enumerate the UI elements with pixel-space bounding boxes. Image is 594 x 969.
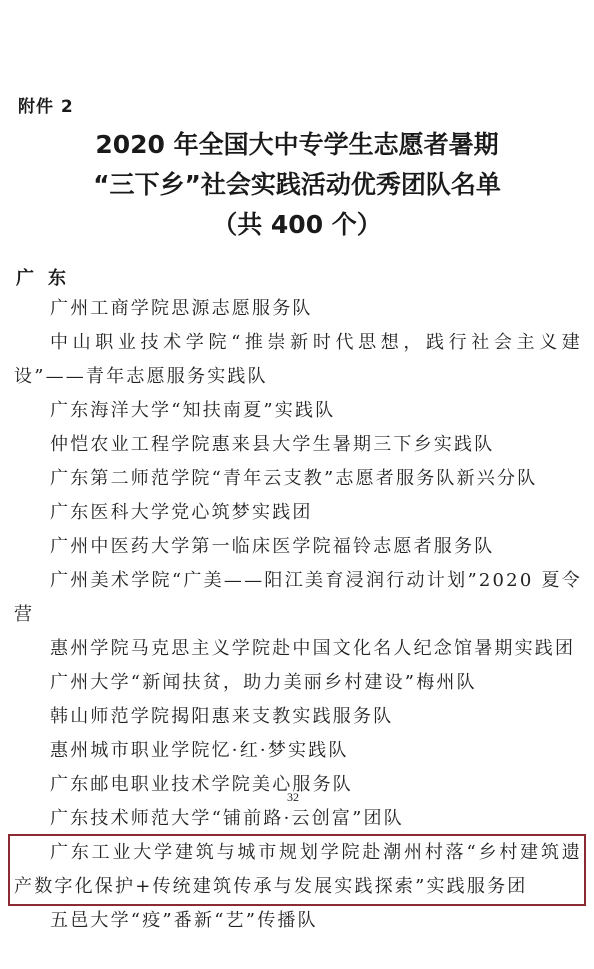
title-line-2: “三下乡”社会实践活动优秀团队名单	[0, 165, 594, 201]
list-item: 广州大学“新闻扶贫，助力美丽乡村建设”梅州队	[14, 666, 582, 700]
list-item: 广东海洋大学“知扶南夏”实践队	[14, 394, 582, 428]
title-line-1: 2020 年全国大中专学生志愿者暑期	[0, 125, 594, 161]
list-item: 韩山师范学院揭阳惠来支教实践服务队	[14, 700, 582, 734]
attachment-label: 附件 2	[18, 92, 74, 117]
list-item: 仲恺农业工程学院惠来县大学生暑期三下乡实践队	[14, 428, 582, 462]
team-list: 广州工商学院思源志愿服务队 中山职业技术学院“推崇新时代思想，践行社会主义建设”…	[14, 292, 582, 938]
list-item: 广州工商学院思源志愿服务队	[14, 292, 582, 326]
province-heading: 广东	[16, 264, 80, 290]
highlighted-list-item: 广东工业大学建筑与城市规划学院赴潮州村落“乡村建筑遗产数字化保护+传统建筑传承与…	[10, 836, 584, 904]
list-item: 广东技术师范大学“铺前路·云创富”团队	[14, 802, 582, 836]
list-item: 惠州城市职业学院忆·红·梦实践队	[14, 734, 582, 768]
title-line-3: （共 400 个）	[0, 205, 594, 241]
list-item: 中山职业技术学院“推崇新时代思想，践行社会主义建设”——青年志愿服务实践队	[14, 326, 582, 394]
list-item: 惠州学院马克思主义学院赴中国文化名人纪念馆暑期实践团	[14, 632, 582, 666]
page-number: 32	[287, 790, 299, 805]
list-item: 广州中医药大学第一临床医学院福铃志愿者服务队	[14, 530, 582, 564]
list-item: 广州美术学院“广美——阳江美育浸润行动计划”2020 夏令营	[14, 564, 582, 632]
list-item: 广东第二师范学院“青年云支教”志愿者服务队新兴分队	[14, 462, 582, 496]
list-item: 五邑大学“疫”番新“艺”传播队	[14, 904, 582, 938]
list-item: 广东医科大学党心筑梦实践团	[14, 496, 582, 530]
